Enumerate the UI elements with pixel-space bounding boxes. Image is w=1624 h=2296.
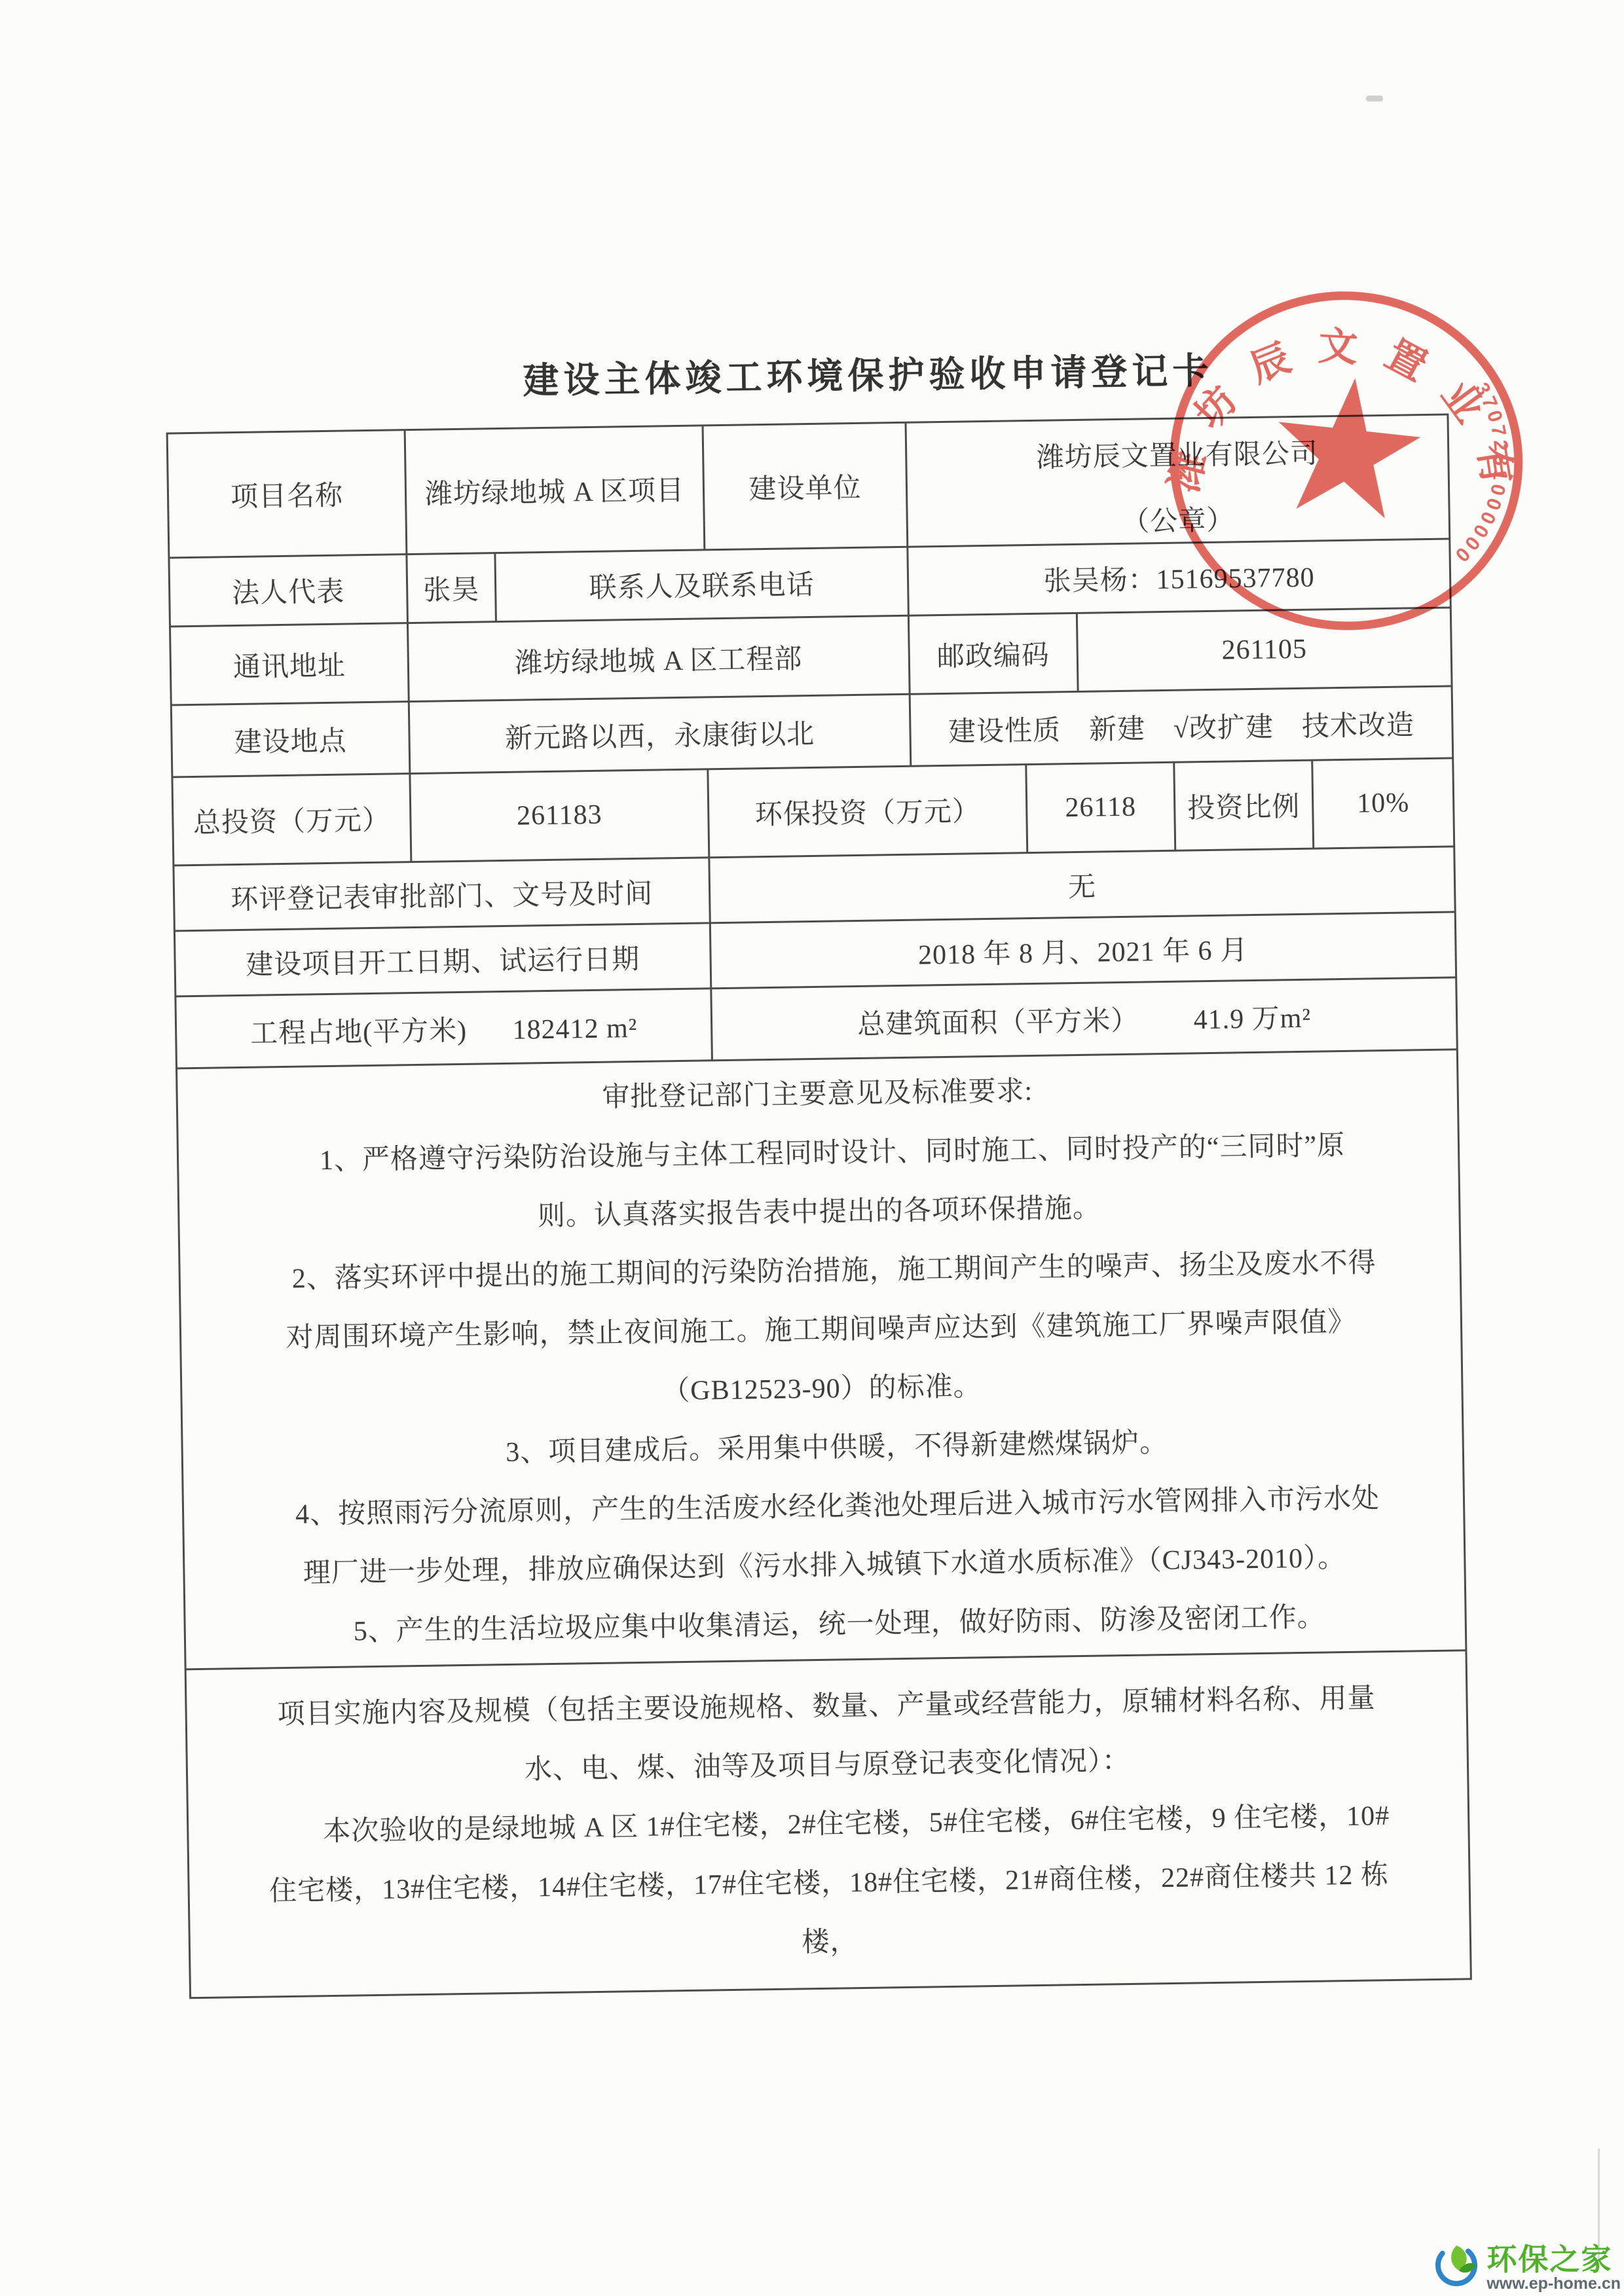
- implementation-scope-text: 项目实施内容及规模（包括主要设施规格、数量、产量或经营能力，原辅材料名称、用量 …: [185, 1650, 1471, 1998]
- construction-unit-label: 建设单位: [703, 422, 908, 550]
- legal-rep-value: 张昊: [407, 553, 496, 623]
- legal-rep-label: 法人代表: [169, 555, 408, 627]
- floor-area-label: 总建筑面积（平方米）: [857, 998, 1139, 1042]
- watermark-footer: 环保之家 www.ep-home.cn: [1430, 2236, 1621, 2292]
- construction-unit-seal-note: （公章）: [908, 495, 1449, 542]
- contact-value: 张吴杨：15169537780: [908, 539, 1451, 615]
- env-investment-label: 环保投资（万元）: [708, 765, 1027, 858]
- investment-ratio-label: 投资比例: [1174, 760, 1314, 850]
- dates-value: 2018 年 8 月、2021 年 6 月: [710, 912, 1456, 989]
- table-row: 审批登记部门主要意见及标准要求: 1、严格遵守污染防治设施与主体工程同时设计、同…: [177, 1049, 1466, 1669]
- page-title: 建设主体竣工环境保护验收申请登记卡: [56, 335, 1624, 410]
- land-area-label: 工程占地(平方米): [250, 1008, 468, 1051]
- construction-nature-value: 建设性质 新建 √改扩建 技术改造: [910, 686, 1453, 766]
- address-label: 通讯地址: [170, 623, 409, 705]
- address-value: 潍坊绿地城 A 区工程部: [407, 615, 910, 701]
- investment-ratio-value: 10%: [1312, 758, 1454, 848]
- floor-area-value: 41.9 万m²: [1193, 996, 1311, 1037]
- floor-area-cell: 总建筑面积（平方米） 41.9 万m²: [711, 977, 1458, 1061]
- land-area-value: 182412 m²: [512, 1012, 637, 1046]
- seal-serial-number: 3707281000000: [1447, 376, 1521, 572]
- ep-home-logo-icon: [1430, 2236, 1483, 2292]
- env-investment-value: 26118: [1026, 762, 1175, 852]
- project-name-value: 潍坊绿地城 A 区项目: [405, 426, 705, 555]
- total-investment-value: 261183: [410, 769, 709, 862]
- svg-text:3707281000000: 3707281000000: [1447, 376, 1521, 572]
- land-area-cell: 工程占地(平方米) 182412 m²: [175, 989, 712, 1068]
- construction-unit-name: 潍坊辰文置业有限公司: [907, 429, 1448, 477]
- construction-unit-value: 潍坊辰文置业有限公司 （公章）: [906, 414, 1450, 547]
- scan-speck-artifact: [1366, 96, 1383, 101]
- table-row: 项目名称 潍坊绿地城 A 区项目 建设单位 潍坊辰文置业有限公司 （公章）: [167, 414, 1450, 558]
- contact-label: 联系人及联系电话: [495, 547, 909, 621]
- location-label: 建设地点: [171, 702, 410, 777]
- location-value: 新元路以西，永康街以北: [409, 694, 911, 773]
- scanned-document: 建设主体竣工环境保护验收申请登记卡 项目名称 潍坊绿地城 A 区项目 建设单位 …: [0, 0, 1624, 2296]
- dates-label: 建设项目开工日期、试运行日期: [174, 923, 710, 996]
- approval-opinions-text: 审批登记部门主要意见及标准要求: 1、严格遵守污染防治设施与主体工程同时设计、同…: [177, 1049, 1466, 1669]
- eia-approval-value: 无: [709, 847, 1455, 923]
- table-row: 项目实施内容及规模（包括主要设施规格、数量、产量或经营能力，原辅材料名称、用量 …: [185, 1650, 1471, 1998]
- postal-code-value: 261105: [1077, 608, 1452, 691]
- footer-texts: 环保之家 www.ep-home.cn: [1486, 2244, 1621, 2292]
- registration-form-table: 项目名称 潍坊绿地城 A 区项目 建设单位 潍坊辰文置业有限公司 （公章） 法人…: [166, 413, 1472, 1999]
- footer-site-name: 环保之家: [1486, 2244, 1612, 2274]
- total-investment-label: 总投资（万元）: [172, 774, 411, 866]
- postal-code-label: 邮政编码: [908, 613, 1078, 694]
- project-name-label: 项目名称: [167, 430, 407, 558]
- eia-approval-label: 环评登记表审批部门、文号及时间: [174, 858, 710, 931]
- footer-site-url: www.ep-home.cn: [1486, 2276, 1621, 2292]
